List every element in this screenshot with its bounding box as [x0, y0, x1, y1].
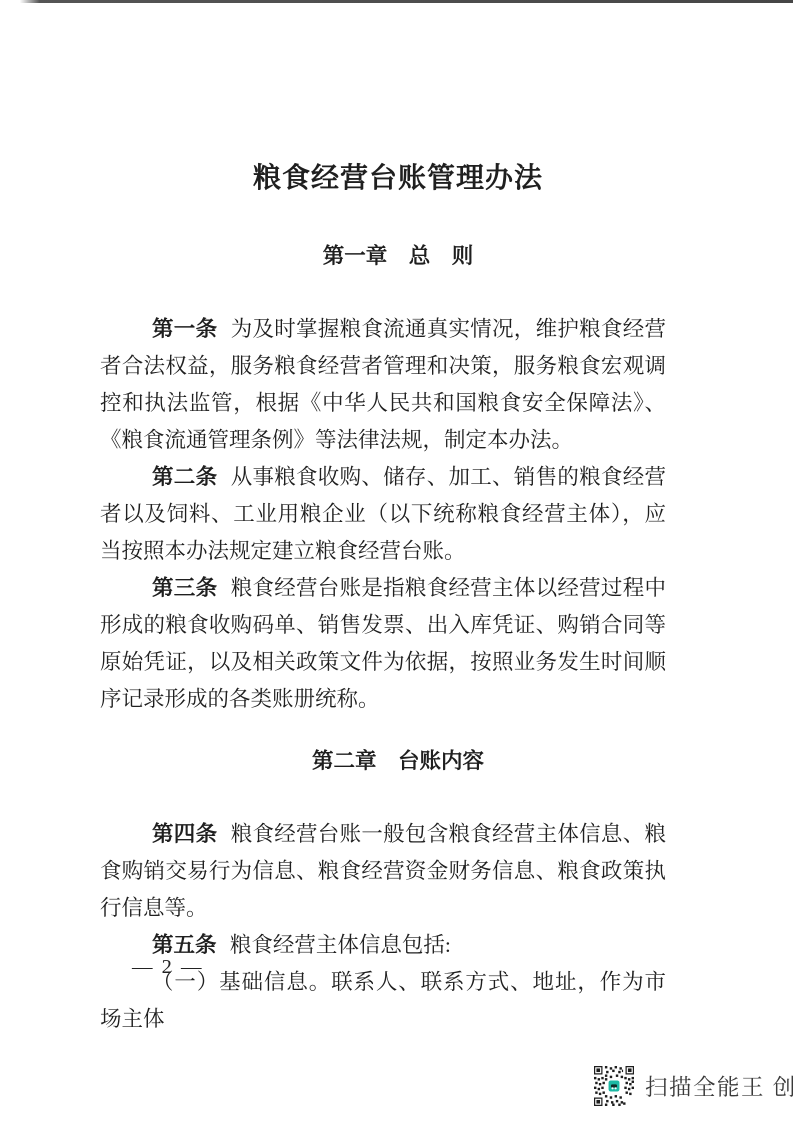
document-content: 粮食经营台账管理办法 第一章 总 则第一条为及时掌握粮食流通真实情况，维护粮食经… — [100, 0, 666, 1038]
article-number: 第五条 — [152, 933, 217, 957]
article-paragraph: 第三条粮食经营台账是指粮食经营主体以经营过程中形成的粮食收购码单、销售发票、出入… — [100, 570, 666, 718]
article-text: （一）基础信息。联系人、联系方式、地址，作为市场主体 — [100, 970, 666, 1031]
scanner-watermark: 扫描全能王 创建 — [594, 1066, 793, 1106]
qr-code-icon — [594, 1066, 634, 1106]
page-number: — 2 — — [132, 956, 204, 979]
document-title: 粮食经营台账管理办法 — [115, 160, 681, 198]
article-number: 第一条 — [152, 317, 217, 341]
watermark-label: 扫描全能王 创建 — [645, 1070, 793, 1102]
article-number: 第四条 — [152, 822, 217, 846]
article-paragraph: 第二条从事粮食收购、储存、加工、销售的粮食经营者以及饲料、工业用粮企业（以下统称… — [100, 459, 666, 570]
article-number: 第三条 — [152, 576, 217, 600]
chapter-heading: 第二章 台账内容 — [115, 747, 681, 775]
article-text: 粮食经营主体信息包括: — [230, 933, 451, 957]
document-page: 粮食经营台账管理办法 第一章 总 则第一条为及时掌握粮食流通真实情况，维护粮食经… — [0, 0, 793, 1122]
document-body: 第一章 总 则第一条为及时掌握粮食流通真实情况，维护粮食经营者合法权益，服务粮食… — [100, 242, 666, 1038]
article-number: 第二条 — [152, 465, 217, 489]
chapter-heading: 第一章 总 则 — [115, 242, 681, 270]
article-paragraph: 第一条为及时掌握粮食流通真实情况，维护粮食经营者合法权益，服务粮食经营者管理和决… — [100, 311, 666, 459]
article-paragraph: 第四条粮食经营台账一般包含粮食经营主体信息、粮食购销交易行为信息、粮食经营资金财… — [100, 816, 666, 927]
